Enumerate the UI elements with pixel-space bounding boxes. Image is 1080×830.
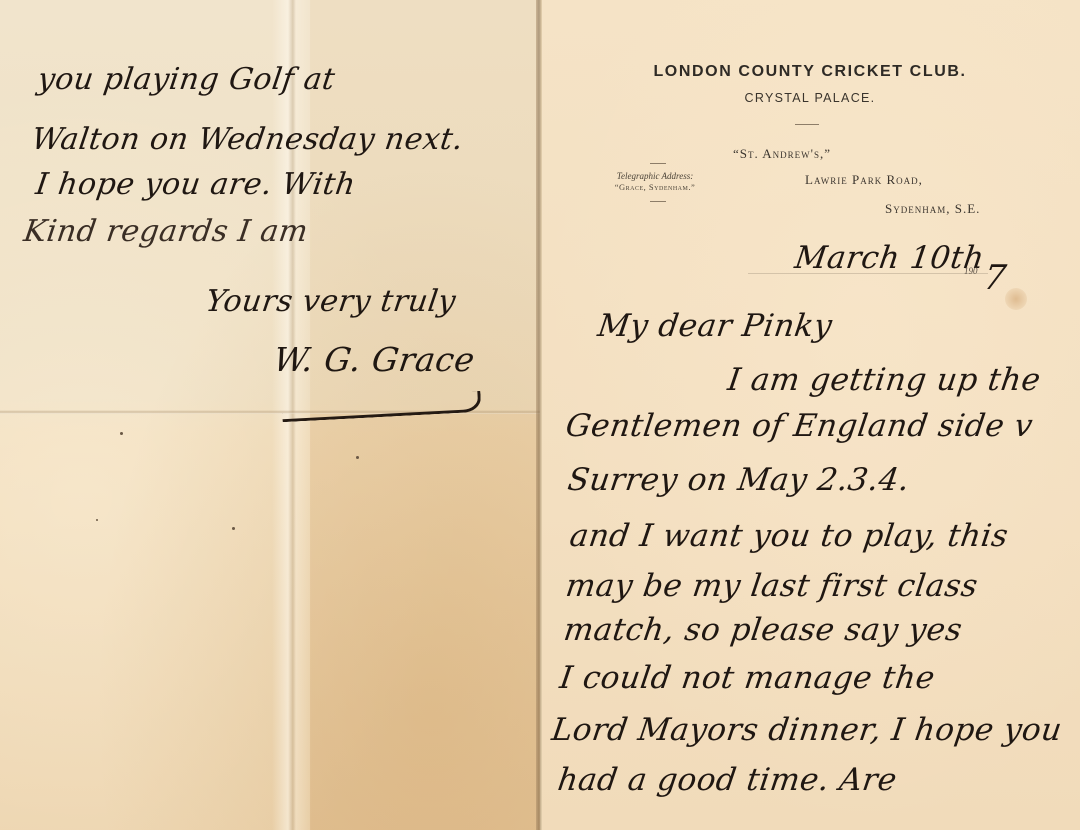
printed-year-prefix: 190 xyxy=(964,266,978,276)
letterhead-location: CRYSTAL PALACE. xyxy=(560,91,1060,105)
telegraphic-rule-top xyxy=(650,163,666,164)
letter-line: had a good time. Are xyxy=(555,762,899,798)
paper-speck xyxy=(232,527,235,530)
letterhead-rule xyxy=(795,124,819,125)
letterhead-house-name: “St. Andrew's,” xyxy=(733,146,831,162)
handwritten-date: March 10th xyxy=(792,240,986,276)
foxing-stain xyxy=(1005,288,1027,310)
letter-line: may be my last first class xyxy=(563,568,980,604)
letter-line: Kind regards I am xyxy=(22,214,311,249)
letterhead-town: Sydenham, S.E. xyxy=(885,201,980,217)
paper-speck xyxy=(120,432,123,435)
letter-line: and I want you to play, this xyxy=(567,518,1010,554)
paper-speck xyxy=(96,519,98,521)
letter-line: match, so please say yes xyxy=(561,612,964,648)
telegraphic-rule-bottom xyxy=(650,201,666,202)
letter-line: I hope you are. With xyxy=(34,167,358,202)
salutation: My dear Pinky xyxy=(595,308,834,344)
letter-line: I could not manage the xyxy=(557,660,937,696)
paper-speck xyxy=(356,456,359,459)
letter-line: Walton on Wednesday next. xyxy=(30,122,466,157)
telegraphic-address-label: Telegraphic Address: xyxy=(590,171,720,181)
fold-panel-bottom-right xyxy=(310,412,540,830)
letterhead-club-name: LONDON COUNTY CRICKET CLUB. xyxy=(560,63,1060,81)
closing: Yours very truly xyxy=(204,284,459,319)
letter-spread: LONDON COUNTY CRICKET CLUB. CRYSTAL PALA… xyxy=(0,0,1080,830)
letter-line: Gentlemen of England side v xyxy=(563,408,1035,444)
letterhead-road: Lawrie Park Road, xyxy=(805,172,923,188)
letter-line: you playing Golf at xyxy=(36,62,338,97)
letter-line: Lord Mayors dinner, I hope you xyxy=(549,712,1064,748)
letter-line: Surrey on May 2.3.4. xyxy=(565,462,911,498)
signature: W. G. Grace xyxy=(271,340,477,379)
telegraphic-address-value: “Grace, Sydenham.” xyxy=(590,182,720,192)
letter-line: I am getting up the xyxy=(725,362,1043,398)
